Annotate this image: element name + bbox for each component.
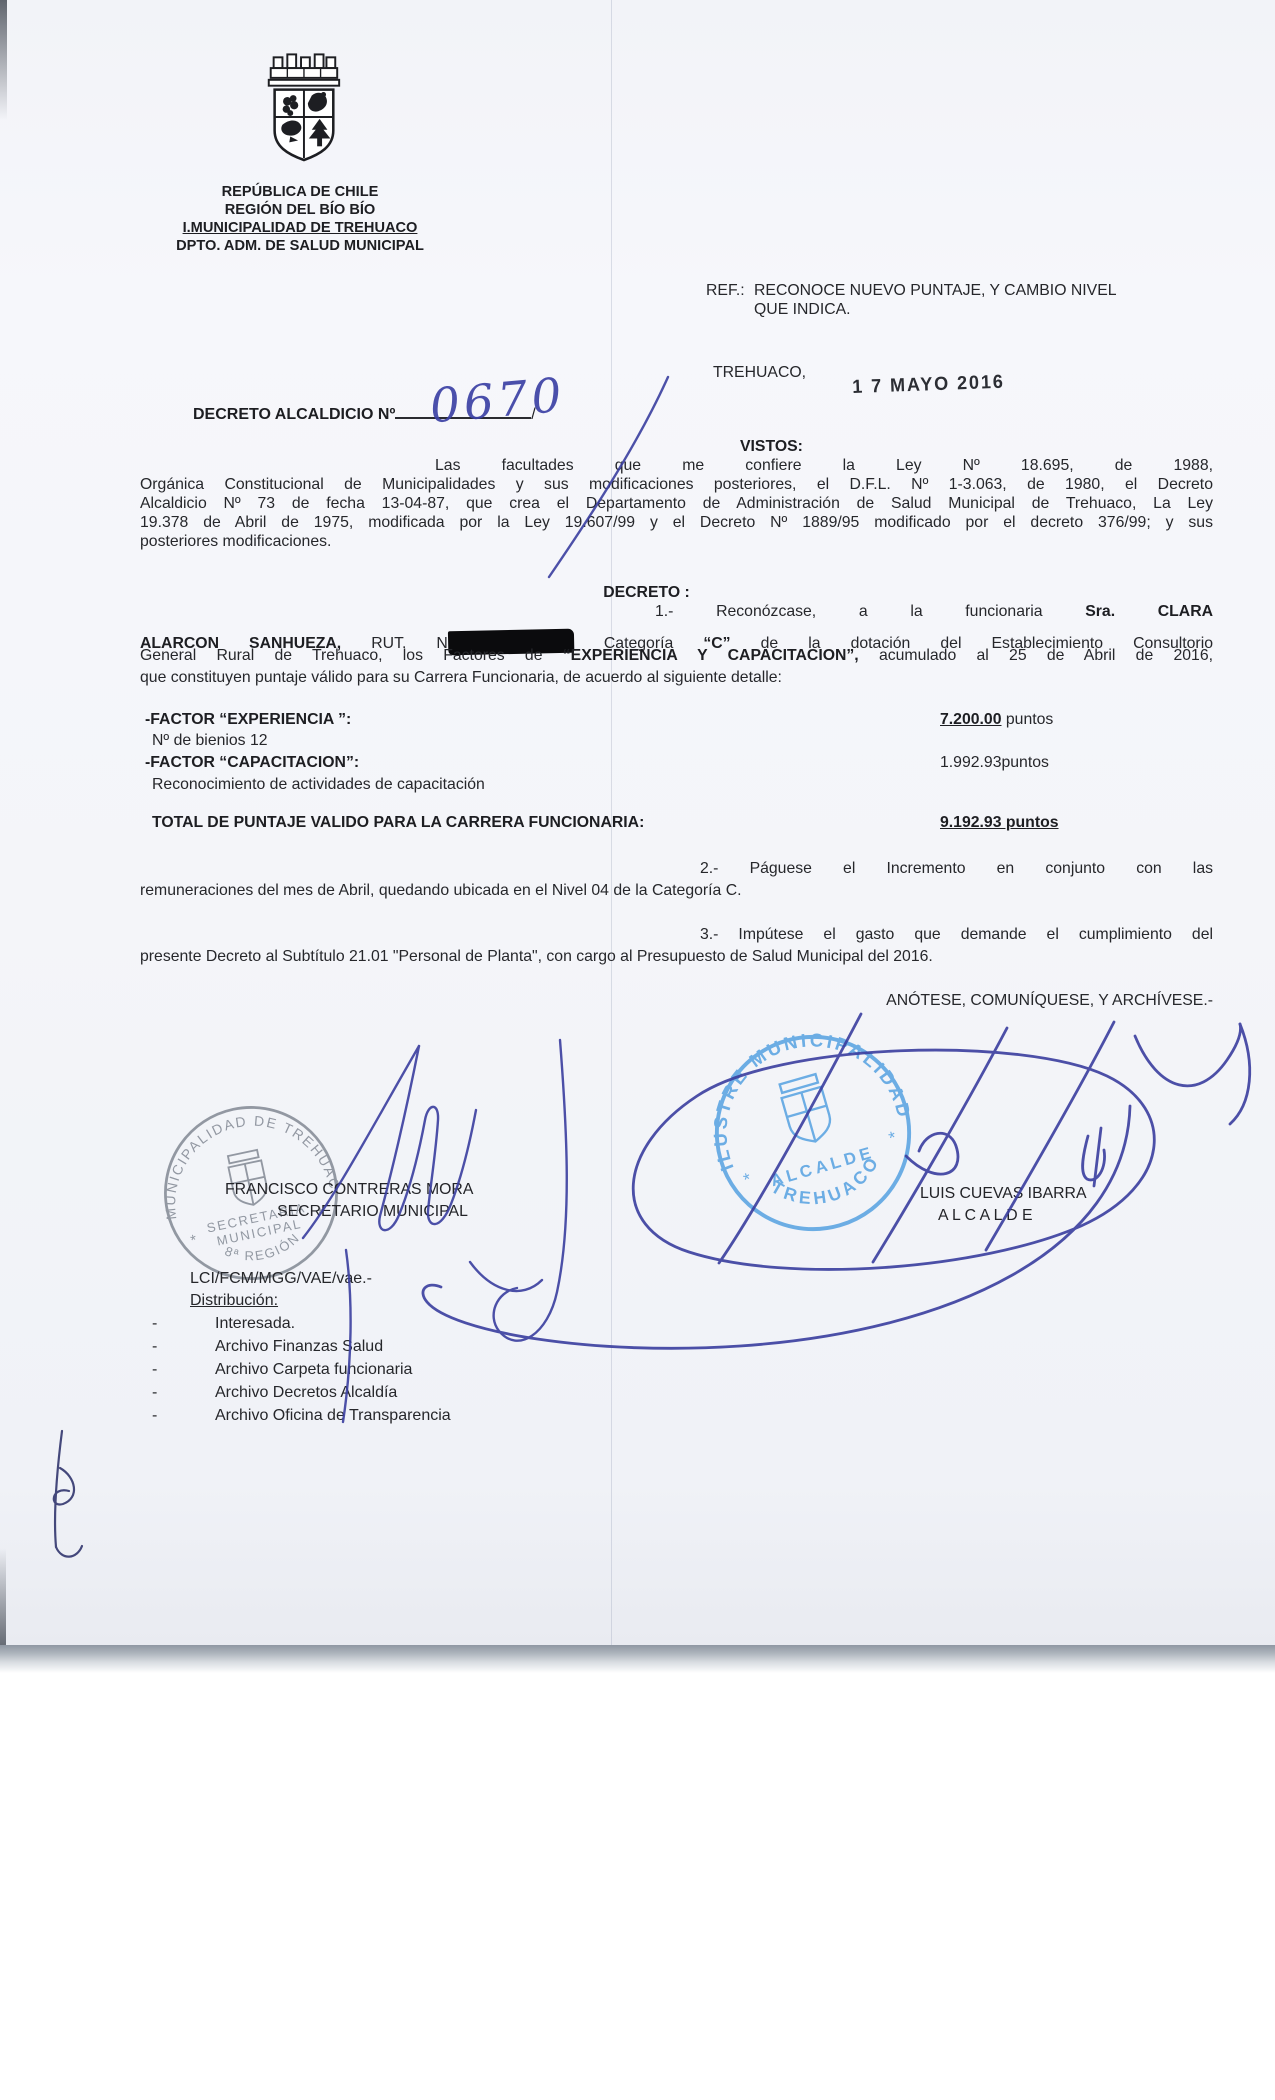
decreto-item3-line1: 3.- Impútese el gasto que demande el cum… bbox=[700, 925, 1213, 944]
svg-text:0670: 0670 bbox=[428, 368, 568, 435]
total-points: 9.192.93 puntos bbox=[940, 813, 1059, 832]
distribution-item: Archivo Oficina de Transparencia bbox=[215, 1407, 451, 1425]
vistos-line3: Alcaldicio Nº 73 de fecha 13-04-87, que … bbox=[140, 494, 1213, 513]
alcalde-title: A L C A L D E bbox=[938, 1207, 1033, 1225]
letterhead-country: REPÚBLICA DE CHILE bbox=[140, 183, 460, 201]
decree-number-label: DECRETO ALCALDICIO Nº bbox=[193, 406, 395, 423]
handwritten-decree-number: 0670 bbox=[424, 372, 584, 432]
scan-edge-shadow-top bbox=[0, 0, 7, 120]
item1-l3c: acumulado al 25 de Abril de 2016, bbox=[879, 647, 1213, 664]
scan-edge-shadow-bottom bbox=[0, 1548, 6, 1645]
total-label: TOTAL DE PUNTAJE VALIDO PARA LA CARRERA … bbox=[152, 813, 644, 832]
experience-points-value: 7.200.00 bbox=[940, 711, 1002, 728]
alcalde-round-stamp: ILUSTRE MUNICIPALIDAD TREHUACO ALCALDE *… bbox=[710, 1030, 916, 1236]
vistos-line2: Orgánica Constitucional de Municipalidad… bbox=[140, 475, 1213, 494]
responsibility-initials: LCI/FCM/MGG/VAE/vae.- bbox=[190, 1270, 372, 1288]
stamp-shield-icon bbox=[226, 1149, 270, 1208]
letterhead-municipality: I.MUNICIPALIDAD DE TREHUACO bbox=[140, 219, 460, 237]
paper-bottom-edge-shadow bbox=[0, 1645, 1275, 1673]
factor-experience-label: -FACTOR “EXPERIENCIA ”: bbox=[145, 710, 351, 729]
svg-text:*: * bbox=[886, 1127, 898, 1148]
factor-experience-detail: Nº de bienios 12 bbox=[152, 731, 268, 750]
distribution-item: Archivo Carpeta funcionaria bbox=[215, 1361, 412, 1379]
svg-text:*: * bbox=[741, 1169, 753, 1190]
decreto-item2-line2: remuneraciones del mes de Abril, quedand… bbox=[140, 881, 742, 900]
factor-training-points: 1.992.93puntos bbox=[940, 753, 1049, 772]
decreto-item2-line1: 2.- Páguese el Incremento en conjunto co… bbox=[700, 859, 1213, 878]
reference-label: REF.: bbox=[706, 281, 754, 319]
vistos-line1: Las facultades que me confiere la Ley Nº… bbox=[435, 456, 1213, 475]
vistos-title: VISTOS: bbox=[740, 437, 803, 456]
decreto-item3-line2: presente Decreto al Subtítulo 21.01 "Per… bbox=[140, 947, 933, 966]
letterhead: REPÚBLICA DE CHILE REGIÓN DEL BÍO BÍO I.… bbox=[140, 183, 460, 255]
experience-points-suffix: puntos bbox=[1002, 711, 1054, 728]
distribution-dash: - bbox=[152, 1407, 157, 1425]
decreto-item1-line3: General Rural de Trehuaco, los Factores … bbox=[140, 646, 1213, 665]
svg-text:ILUSTRE MUNICIPALIDAD: ILUSTRE MUNICIPALIDAD bbox=[685, 1005, 916, 1175]
decreto-title: DECRETO : bbox=[140, 583, 1153, 602]
place-line: TREHUACO, bbox=[713, 363, 806, 382]
reference-block: REF.: RECONOCE NUEVO PUNTAJE, Y CAMBIO N… bbox=[706, 281, 1117, 319]
reference-line2: QUE INDICA. bbox=[754, 300, 1117, 319]
letterhead-region: REGIÓN DEL BÍO BÍO bbox=[140, 201, 460, 219]
item1-l3a: General Rural de Trehuaco, los Factores … bbox=[140, 647, 543, 664]
vistos-line4: 19.378 de Abril de 1975, modificada por … bbox=[140, 513, 1213, 532]
distribution-label: Distribución: bbox=[190, 1292, 278, 1310]
factor-training-detail: Reconocimiento de actividades de capacit… bbox=[152, 775, 485, 794]
secretario-title: SECRETARIO MUNICIPAL bbox=[225, 1203, 520, 1221]
letterhead-department: DPTO. ADM. DE SALUD MUNICIPAL bbox=[140, 237, 460, 255]
decreto-item1-line1: 1.- Reconózcase, a la funcionaria Sra. C… bbox=[655, 602, 1213, 621]
distribution-item: Interesada. bbox=[215, 1315, 295, 1333]
margin-pen-mark bbox=[54, 1431, 82, 1557]
distribution-item: Archivo Finanzas Salud bbox=[215, 1338, 383, 1356]
alcalde-name: LUIS CUEVAS IBARRA bbox=[920, 1185, 1087, 1203]
factor-training-label: -FACTOR “CAPACITACION”: bbox=[145, 753, 359, 772]
closing-formula: ANÓTESE, COMUNÍQUESE, Y ARCHÍVESE.- bbox=[600, 991, 1213, 1010]
distribution-dash: - bbox=[152, 1315, 157, 1333]
secretario-name: FRANCISCO CONTRERAS MORA bbox=[225, 1181, 473, 1199]
scanned-document-page: REPÚBLICA DE CHILE REGIÓN DEL BÍO BÍO I.… bbox=[0, 0, 1275, 1645]
date-stamp: 1 7 MAYO 2016 bbox=[852, 372, 1005, 399]
reference-line1: RECONOCE NUEVO PUNTAJE, Y CAMBIO NIVEL bbox=[754, 281, 1117, 300]
factor-experience-points: 7.200.00 puntos bbox=[940, 710, 1053, 729]
distribution-dash: - bbox=[152, 1338, 157, 1356]
item1-l1c: Sra. CLARA bbox=[1085, 603, 1213, 620]
vistos-line5: posteriores modificaciones. bbox=[140, 532, 331, 551]
stamp-shield-icon bbox=[778, 1074, 835, 1148]
coat-of-arms-emblem bbox=[258, 52, 346, 180]
distribution-item: Archivo Decretos Alcaldía bbox=[215, 1384, 397, 1402]
item1-l3b: “EXPERIENCIA Y CAPACITACION”, bbox=[563, 647, 859, 664]
distribution-dash: - bbox=[152, 1384, 157, 1402]
item1-l1a: 1.- Reconózcase, bbox=[655, 603, 816, 620]
distribution-dash: - bbox=[152, 1361, 157, 1379]
decreto-item1-line4: que constituyen puntaje válido para su C… bbox=[140, 668, 782, 687]
item1-l1b: a la funcionaria bbox=[859, 603, 1043, 620]
svg-text:*: * bbox=[189, 1233, 198, 1250]
